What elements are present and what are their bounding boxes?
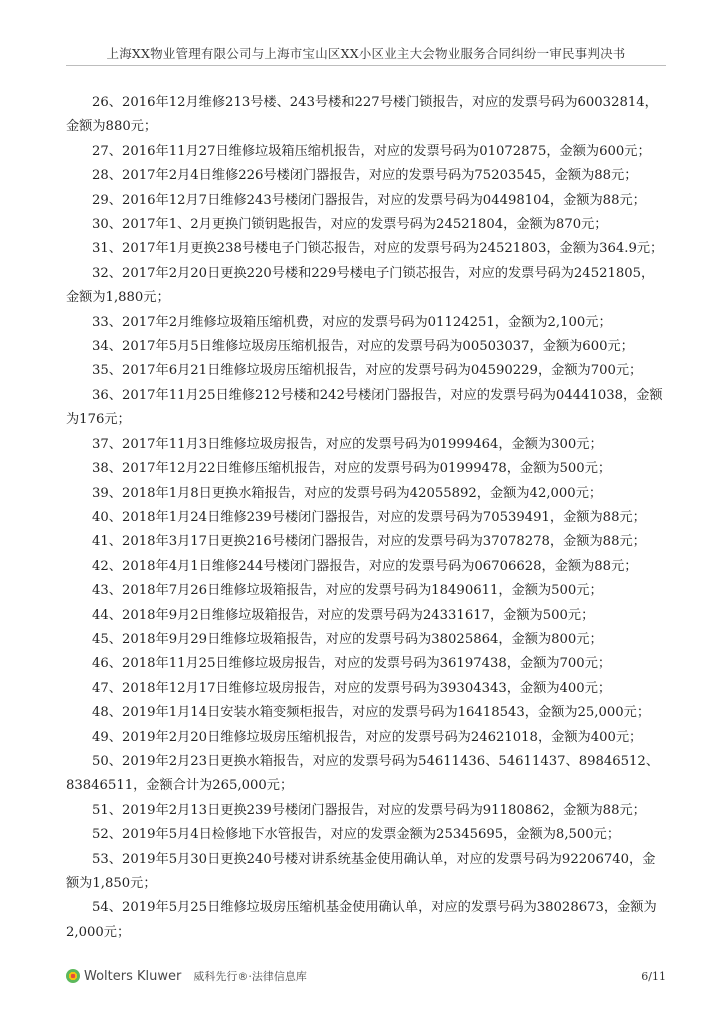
document-header: 上海XX物业管理有限公司与上海市宝山区XX小区业主大会物业服务合同纠纷一审民事判… (66, 44, 666, 62)
list-item: 26、2016年12月维修213号楼、243号楼和227号楼门锁报告，对应的发票… (66, 91, 666, 140)
list-item: 49、2019年2月20日维修垃圾房压缩机报告，对应的发票号码为24621018… (66, 726, 666, 750)
list-item: 28、2017年2月4日维修226号楼闭门器报告，对应的发票号码为7520354… (66, 164, 666, 188)
list-item: 31、2017年1月更换238号楼电子门锁芯报告，对应的发票号码为2452180… (66, 237, 666, 261)
list-item: 38、2017年12月22日维修压缩机报告，对应的发票号码为01999478，金… (66, 457, 666, 481)
page-number: 6/11 (641, 970, 666, 983)
list-item: 35、2017年6月21日维修垃圾房压缩机报告，对应的发票号码为04590229… (66, 359, 666, 383)
list-item: 43、2018年7月26日维修垃圾箱报告，对应的发票号码为18490611，金额… (66, 579, 666, 603)
wolters-kluwer-globe-icon (66, 969, 80, 983)
publisher-logo: Wolters Kluwer 威科先行®·法律信息库 (66, 968, 307, 984)
page-footer: Wolters Kluwer 威科先行®·法律信息库 6/11 (66, 968, 666, 988)
list-item: 27、2016年11月27日维修垃圾箱压缩机报告，对应的发票号码为0107287… (66, 140, 666, 164)
list-item: 33、2017年2月维修垃圾箱压缩机费，对应的发票号码为01124251，金额为… (66, 311, 666, 335)
list-item: 45、2018年9月29日维修垃圾箱报告，对应的发票号码为38025864，金额… (66, 628, 666, 652)
list-item: 32、2017年2月20日更换220号楼和229号楼电子门锁芯报告，对应的发票号… (66, 262, 666, 311)
list-item: 36、2017年11月25日维修212号楼和242号楼闭门器报告，对应的发票号码… (66, 384, 666, 433)
list-item: 54、2019年5月25日维修垃圾房压缩机基金使用确认单，对应的发票号码为380… (66, 896, 666, 945)
list-item: 47、2018年12月17日维修垃圾房报告，对应的发票号码为39304343，金… (66, 677, 666, 701)
list-item: 29、2016年12月7日维修243号楼闭门器报告，对应的发票号码为044981… (66, 189, 666, 213)
header-divider (66, 65, 666, 66)
list-item: 34、2017年5月5日维修垃圾房压缩机报告，对应的发票号码为00503037，… (66, 335, 666, 359)
brand-name: Wolters Kluwer (84, 969, 181, 984)
list-item: 39、2018年1月8日更换水箱报告，对应的发票号码为42055892，金额为4… (66, 482, 666, 506)
product-name: 威科先行®·法律信息库 (193, 968, 307, 984)
list-item: 50、2019年2月23日更换水箱报告，对应的发票号码为54611436、546… (66, 750, 666, 799)
list-item: 37、2017年11月3日维修垃圾房报告，对应的发票号码为01999464，金额… (66, 433, 666, 457)
list-item: 52、2019年5月4日检修地下水管报告，对应的发票金额为25345695，金额… (66, 823, 666, 847)
list-item: 42、2018年4月1日维修244号楼闭门器报告，对应的发票号码为0670662… (66, 555, 666, 579)
list-item: 40、2018年1月24日维修239号楼闭门器报告，对应的发票号码为705394… (66, 506, 666, 530)
list-item: 44、2018年9月2日维修垃圾箱报告，对应的发票号码为24331617，金额为… (66, 604, 666, 628)
list-item: 51、2019年2月13日更换239号楼闭门器报告，对应的发票号码为911808… (66, 799, 666, 823)
document-body: 26、2016年12月维修213号楼、243号楼和227号楼门锁报告，对应的发票… (66, 91, 666, 945)
list-item: 30、2017年1、2月更换门锁钥匙报告，对应的发票号码为24521804，金额… (66, 213, 666, 237)
list-item: 46、2018年11月25日维修垃圾房报告，对应的发票号码为36197438，金… (66, 652, 666, 676)
list-item: 53、2019年5月30日更换240号楼对讲系统基金使用确认单，对应的发票号码为… (66, 848, 666, 897)
list-item: 41、2018年3月17日更换216号楼闭门器报告，对应的发票号码为370782… (66, 530, 666, 554)
list-item: 48、2019年1月14日安装水箱变频柜报告，对应的发票号码为16418543，… (66, 701, 666, 725)
